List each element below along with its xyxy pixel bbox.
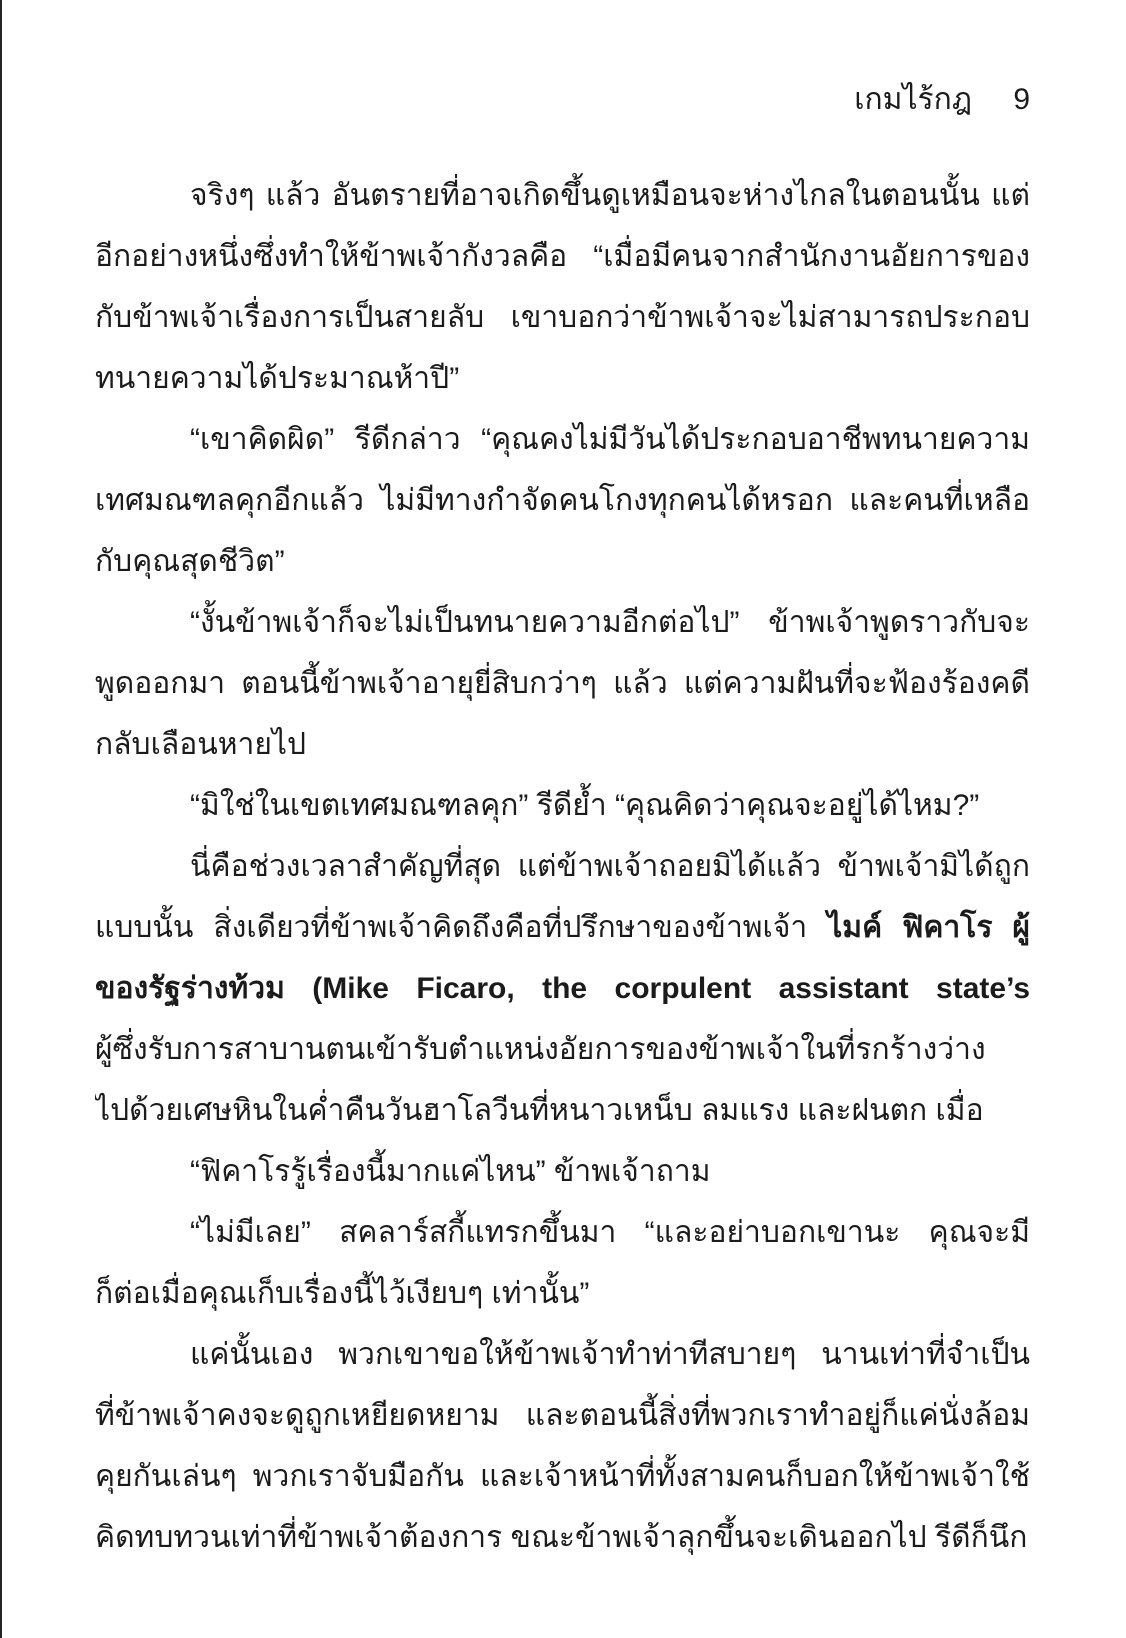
text-segment: คุยกันเล่นๆ พวกเราจับมือกัน และเจ้าหน้าท…	[95, 1460, 1030, 1507]
text-segment: กับข้าพเจ้าเรื่องการเป็นสายลับ เขาบอกว่า…	[95, 301, 1030, 348]
text-line: ของรัฐร่างท้วม (Mike Ficaro, the corpule…	[95, 958, 1030, 1019]
book-page: เกมไร้กฎ 9 จริงๆ แล้ว อันตรายที่อาจเกิดข…	[0, 0, 1126, 1638]
text-line: ทนายความได้ประมาณห้าปี”	[95, 348, 1030, 409]
scan-edge-artifact	[0, 0, 2, 1638]
text-segment: “มิใช่ในเขตเทศมณฑลคุก” รีดีย้ำ “คุณคิดว่…	[190, 789, 979, 822]
text-segment: ไปด้วยเศษหินในค่ำคืนวันฮาโลวีนที่หนาวเหน…	[95, 1094, 984, 1141]
text-segment: แบบนั้น สิ่งเดียวที่ข้าพเจ้าคิดถึงคือที่…	[95, 911, 827, 944]
text-line: ไปด้วยเศษหินในค่ำคืนวันฮาโลวีนที่หนาวเหน…	[95, 1080, 1030, 1141]
text-line: ที่ข้าพเจ้าคงจะดูถูกเหยียดหยาม และตอนนี้…	[95, 1385, 1030, 1446]
text-segment: แค่นั้นเอง พวกเขาขอให้ข้าพเจ้าทำท่าทีสบา…	[95, 1338, 1030, 1385]
text-line: แค่นั้นเอง พวกเขาขอให้ข้าพเจ้าทำท่าทีสบา…	[95, 1324, 1030, 1385]
text-segment: “เขาคิดผิด” รีดีกล่าว “คุณคงไม่มีวันได้ป…	[95, 423, 1030, 470]
text-line: นี่คือช่วงเวลาสำคัญที่สุด แต่ข้าพเจ้าถอย…	[95, 836, 1030, 897]
text-segment: “ฟิคาโรรู้เรื่องนี้มากแค่ไหน” ข้าพเจ้าถา…	[190, 1155, 711, 1188]
text-line: กลับเลือนหายไป	[95, 714, 1030, 775]
text-line: คิดทบทวนเท่าที่ข้าพเจ้าต้องการ ขณะข้าพเจ…	[95, 1507, 1030, 1568]
text-line: พูดออกมา ตอนนี้ข้าพเจ้าอายุยี่สิบกว่าๆ แ…	[95, 653, 1030, 714]
text-segment: ก็ต่อเมื่อคุณเก็บเรื่องนี้ไว้เงียบๆ เท่า…	[95, 1277, 589, 1310]
text-segment: ทนายความได้ประมาณห้าปี”	[95, 362, 459, 395]
page-header: เกมไร้กฎ 9	[854, 82, 1030, 118]
running-head-title: เกมไร้กฎ	[854, 83, 972, 116]
text-line: ก็ต่อเมื่อคุณเก็บเรื่องนี้ไว้เงียบๆ เท่า…	[95, 1263, 1030, 1324]
text-segment: “ไม่มีเลย” สคลาร์สกี้แทรกขึ้นมา “และอย่า…	[95, 1216, 1030, 1263]
text-segment: อีกอย่างหนึ่งซึ่งทำให้ข้าพเจ้ากังวลคือ “…	[95, 240, 1030, 287]
text-segment: นี่คือช่วงเวลาสำคัญที่สุด แต่ข้าพเจ้าถอย…	[95, 850, 1030, 897]
text-segment: จริงๆ แล้ว อันตรายที่อาจเกิดขึ้นดูเหมือน…	[95, 179, 1030, 226]
text-segment: กลับเลือนหายไป	[95, 728, 306, 761]
text-line: “เขาคิดผิด” รีดีกล่าว “คุณคงไม่มีวันได้ป…	[95, 409, 1030, 470]
text-segment: ผู้ซึ่งรับการสาบานตนเข้ารับตำแหน่งอัยการ…	[95, 1033, 986, 1080]
text-line: ผู้ซึ่งรับการสาบานตนเข้ารับตำแหน่งอัยการ…	[95, 1019, 1030, 1080]
text-line: “ฟิคาโรรู้เรื่องนี้มากแค่ไหน” ข้าพเจ้าถา…	[95, 1141, 1030, 1202]
page-number: 9	[1013, 83, 1030, 116]
text-segment: กับคุณสุดชีวิต”	[95, 545, 285, 578]
body-text: จริงๆ แล้ว อันตรายที่อาจเกิดขึ้นดูเหมือน…	[95, 165, 1030, 1568]
text-line: “งั้นข้าพเจ้าก็จะไม่เป็นทนายความอีกต่อไป…	[95, 592, 1030, 653]
text-line: จริงๆ แล้ว อันตรายที่อาจเกิดขึ้นดูเหมือน…	[95, 165, 1030, 226]
text-segment: เทศมณฑลคุกอีกแล้ว ไม่มีทางกำจัดคนโกงทุกค…	[95, 484, 1030, 531]
text-line: กับข้าพเจ้าเรื่องการเป็นสายลับ เขาบอกว่า…	[95, 287, 1030, 348]
text-segment: “งั้นข้าพเจ้าก็จะไม่เป็นทนายความอีกต่อไป…	[95, 606, 1030, 653]
text-segment: ที่ข้าพเจ้าคงจะดูถูกเหยียดหยาม และตอนนี้…	[95, 1399, 1030, 1446]
bold-text-segment: ของรัฐร่างท้วม (Mike Ficaro, the corpule…	[95, 972, 1030, 1019]
text-line: เทศมณฑลคุกอีกแล้ว ไม่มีทางกำจัดคนโกงทุกค…	[95, 470, 1030, 531]
text-line: กับคุณสุดชีวิต”	[95, 531, 1030, 592]
text-line: “มิใช่ในเขตเทศมณฑลคุก” รีดีย้ำ “คุณคิดว่…	[95, 775, 1030, 836]
text-line: แบบนั้น สิ่งเดียวที่ข้าพเจ้าคิดถึงคือที่…	[95, 897, 1030, 958]
text-segment: คิดทบทวนเท่าที่ข้าพเจ้าต้องการ ขณะข้าพเจ…	[95, 1521, 1027, 1568]
text-segment: พูดออกมา ตอนนี้ข้าพเจ้าอายุยี่สิบกว่าๆ แ…	[95, 667, 1030, 714]
text-line: อีกอย่างหนึ่งซึ่งทำให้ข้าพเจ้ากังวลคือ “…	[95, 226, 1030, 287]
text-line: คุยกันเล่นๆ พวกเราจับมือกัน และเจ้าหน้าท…	[95, 1446, 1030, 1507]
text-line: “ไม่มีเลย” สคลาร์สกี้แทรกขึ้นมา “และอย่า…	[95, 1202, 1030, 1263]
